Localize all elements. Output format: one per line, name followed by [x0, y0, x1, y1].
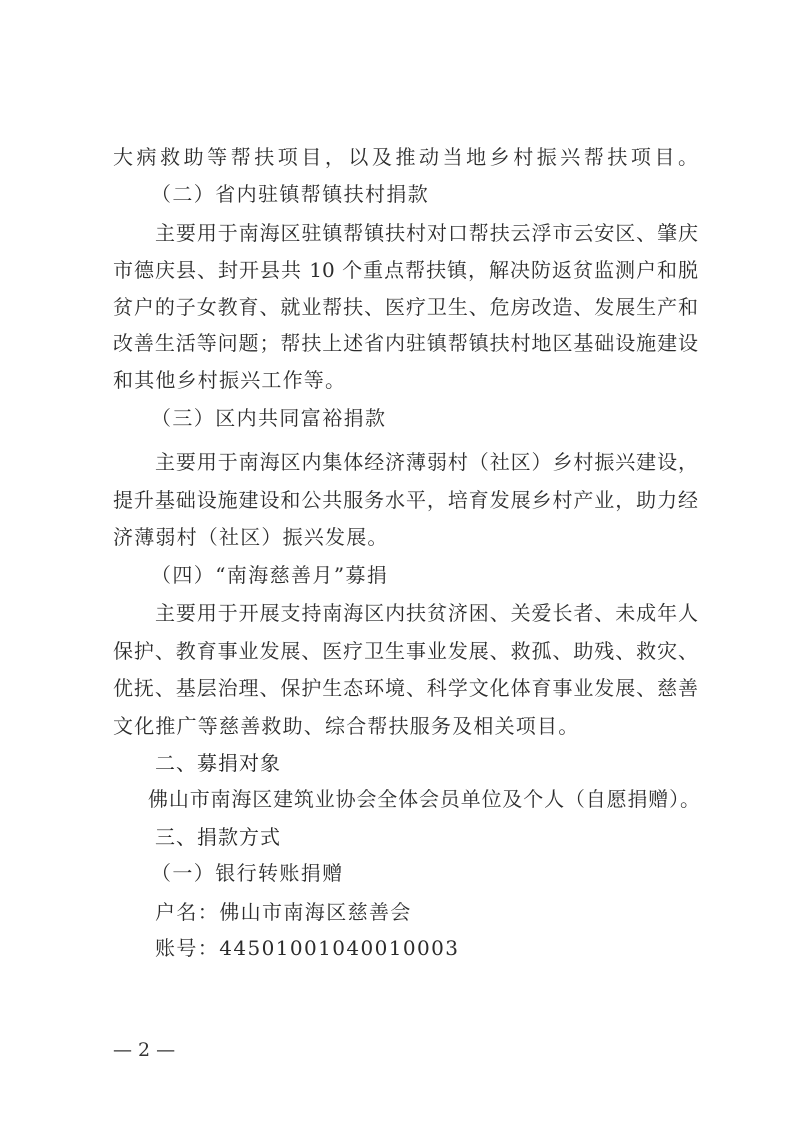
paragraph-line: 主要用于南海区内集体经济薄弱村（社区）乡村振兴建设， — [155, 449, 698, 475]
subheading-district-prosperity-donation: （三）区内共同富裕捐款 — [151, 405, 694, 431]
paragraph-line: 主要用于开展支持南海区内扶贫济困、关爱长者、未成年人 — [155, 600, 698, 626]
paragraph-line: 主要用于南海区驻镇帮镇扶村对口帮扶云浮市云安区、肇庆 — [155, 220, 698, 246]
paragraph-line: 优抚、基层治理、保护生态环境、科学文化体育事业发展、慈善 — [113, 675, 698, 701]
section-heading-donation-targets: 二、募捐对象 — [155, 750, 698, 776]
paragraph-line: 保护、教育事业发展、医疗卫生事业发展、救孤、助残、救灾、 — [113, 638, 698, 664]
page-number: — 2 — — [113, 1038, 175, 1062]
paragraph-line: 和其他乡村振兴工作等。 — [113, 367, 698, 393]
paragraph-line: 贫户的子女教育、就业帮扶、医疗卫生、危房改造、发展生产和 — [113, 294, 698, 320]
paragraph-line: 济薄弱村（社区）振兴发展。 — [113, 524, 698, 550]
account-number: 账号：44501001040010003 — [155, 935, 698, 961]
account-name: 户名：佛山市南海区慈善会 — [155, 899, 698, 925]
paragraph-line: 改善生活等问题；帮扶上述省内驻镇帮镇扶村地区基础设施建设 — [113, 330, 698, 356]
subheading-provincial-donation: （二）省内驻镇帮镇扶村捐款 — [151, 181, 694, 207]
subheading-bank-transfer: （一）银行转账捐赠 — [151, 860, 694, 886]
section-heading-donation-methods: 三、捐款方式 — [155, 824, 698, 850]
paragraph-line: 提升基础设施建设和公共服务水平，培育发展乡村产业，助力经 — [113, 487, 698, 513]
paragraph-line: 佛山市南海区建筑业协会全体会员单位及个人（自愿捐赠）。 — [148, 786, 700, 812]
paragraph-line: 市德庆县、封开县共 10 个重点帮扶镇，解决防返贫监测户和脱 — [113, 257, 698, 283]
paragraph-line: 文化推广等慈善救助、综合帮扶服务及相关项目。 — [113, 713, 698, 739]
subheading-charity-month: （四）“南海慈善月”募捐 — [151, 562, 694, 588]
paragraph-line: 大病救助等帮扶项目，以及推动当地乡村振兴帮扶项目。 — [113, 144, 698, 170]
document-page: 大病救助等帮扶项目，以及推动当地乡村振兴帮扶项目。 （二）省内驻镇帮镇扶村捐款 … — [0, 0, 794, 1123]
